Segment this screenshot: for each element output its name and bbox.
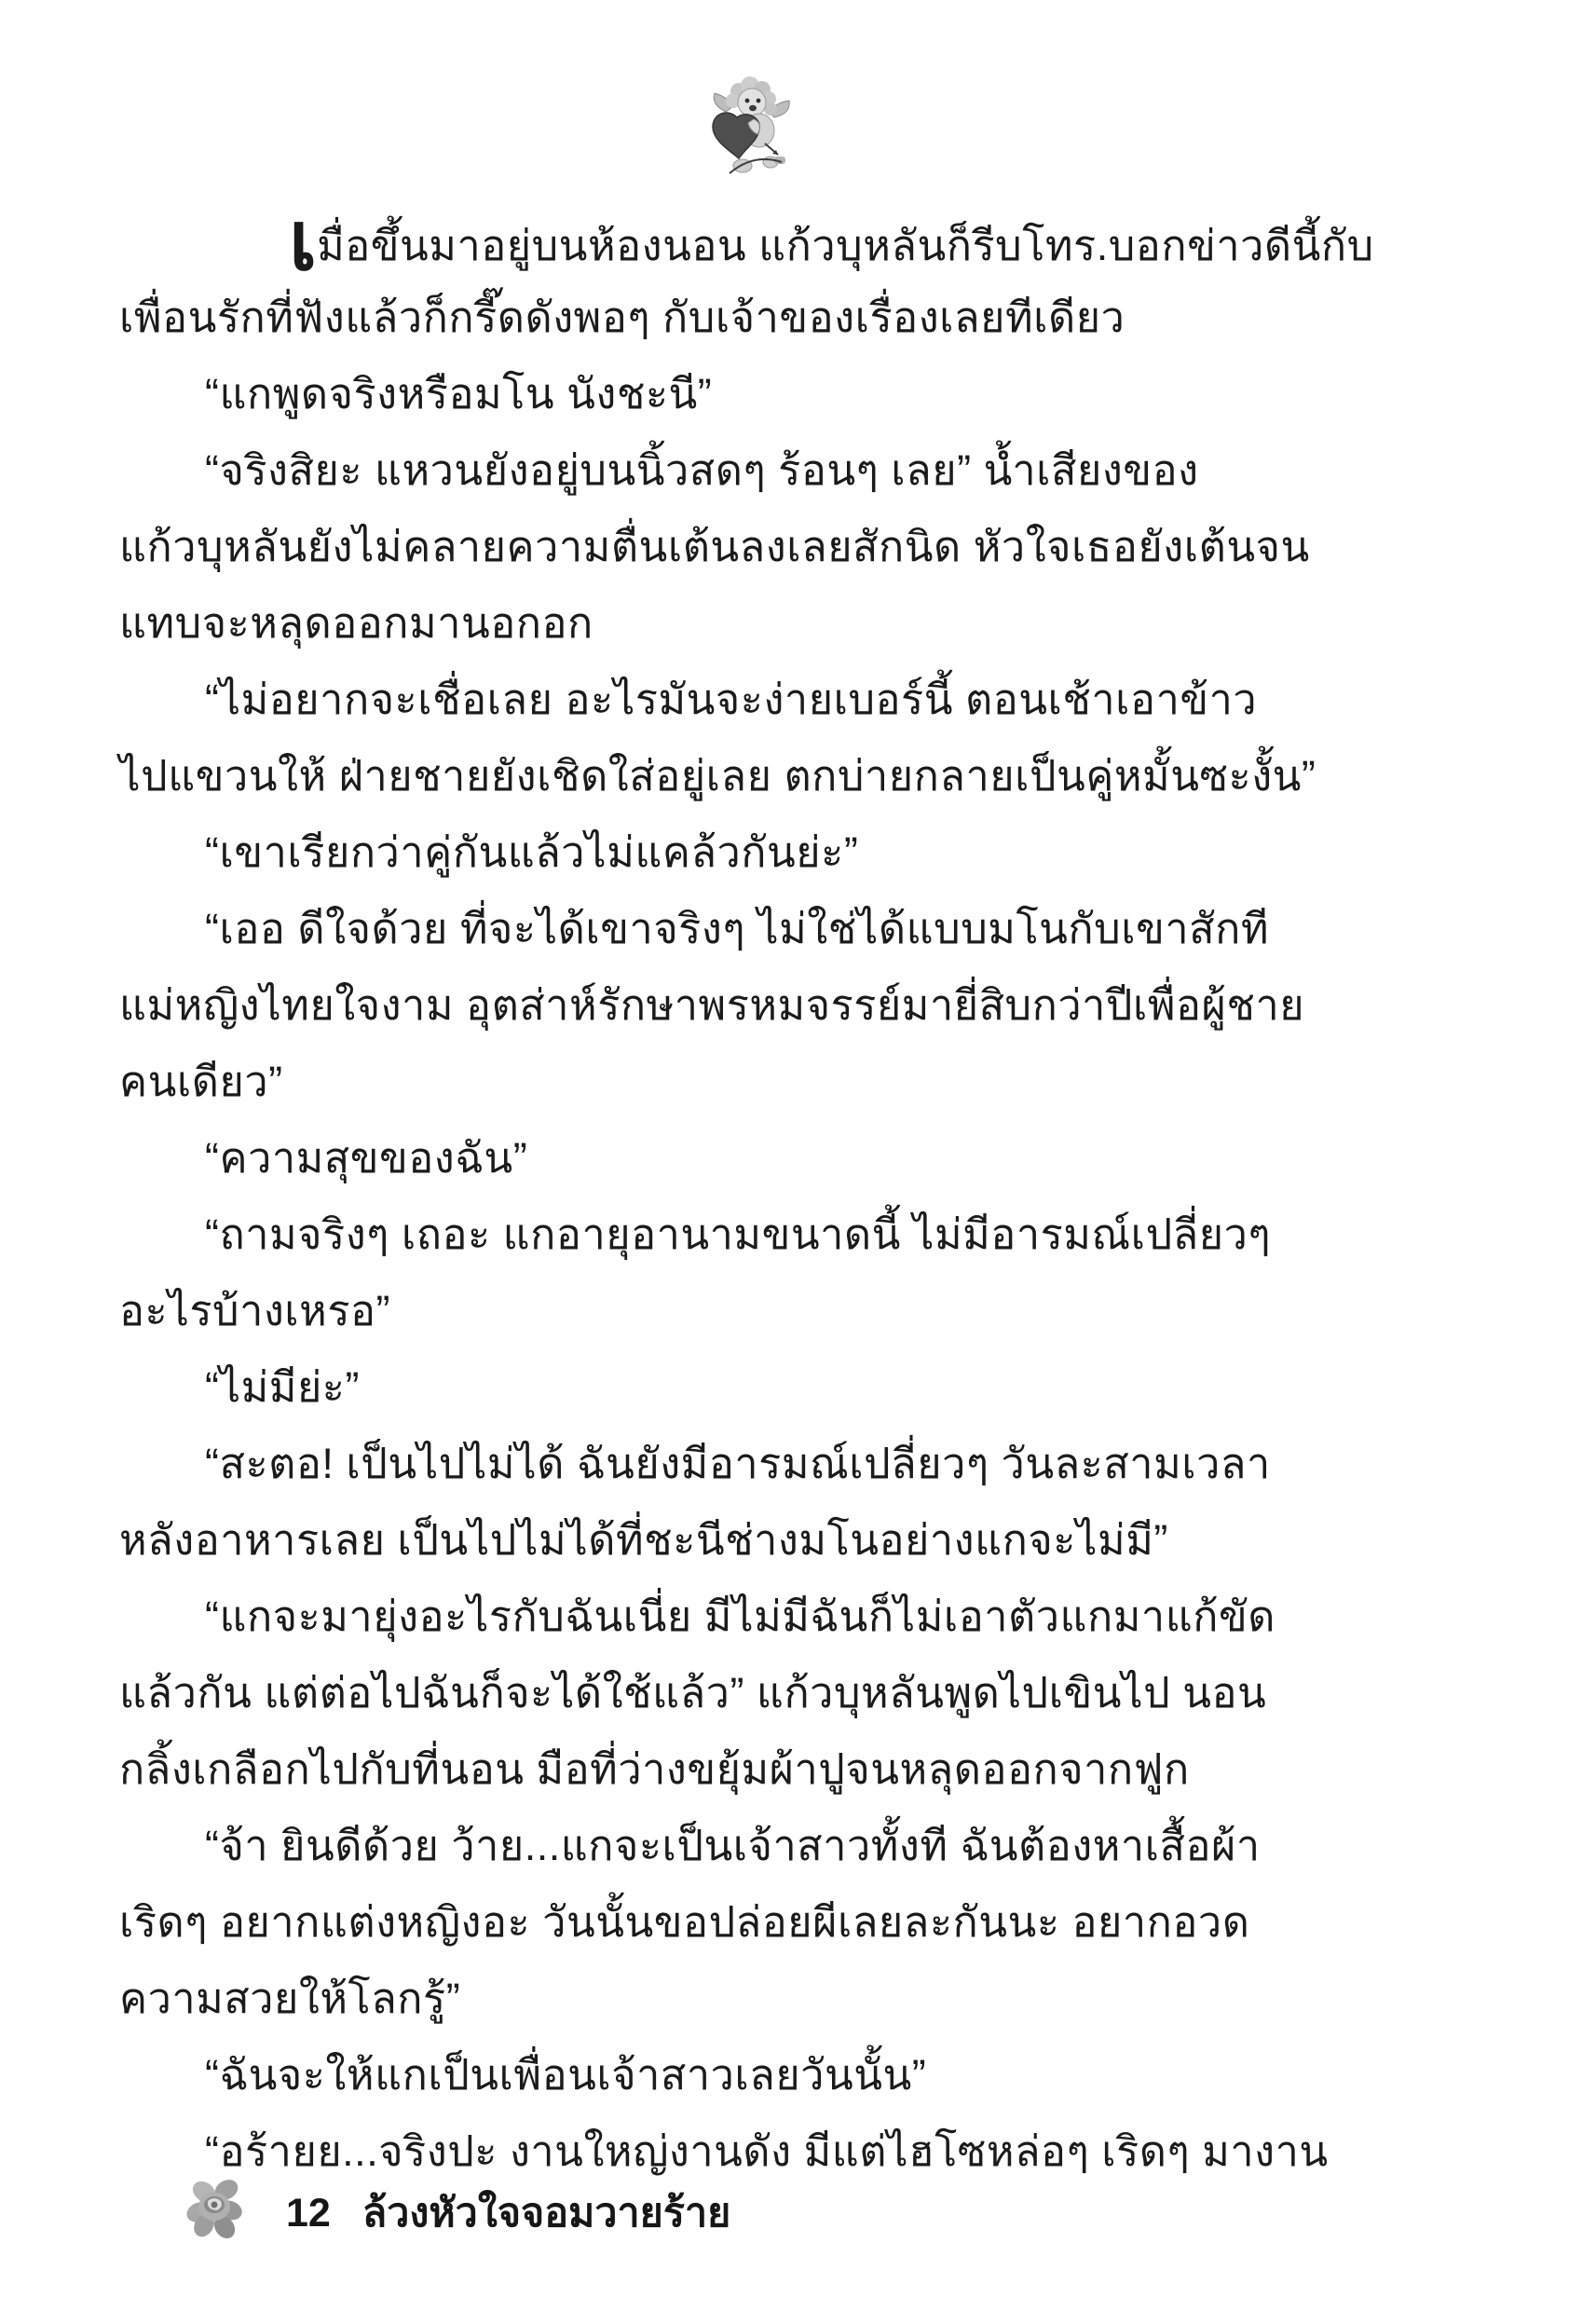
text-line: “แกจะมายุ่งอะไรกับฉันเนี่ย มีไม่มีฉันก็ไ… (119, 1579, 1489, 1655)
text-line: “ไม่อยากจะเชื่อเลย อะไรมันจะง่ายเบอร์นี้… (119, 662, 1489, 738)
text-line: “จ้า ยินดีด้วย ว้าย...แกจะเป็นเจ้าสาวทั้… (119, 1808, 1489, 1884)
opening-line-text: มื่อขึ้นมาอยู่บนห้องนอน แก้วบุหลันก็รีบโ… (317, 222, 1374, 269)
text-line: หลังอาหารเลย เป็นไปไม่ได้ที่ชะนีช่างมโนอ… (119, 1502, 1489, 1579)
paragraph-opening-line: เมื่อขึ้นมาอยู่บนห้องนอน แก้วบุหลันก็รีบ… (119, 203, 1489, 280)
text-line: “ถามจริงๆ เถอะ แกอายุอานามขนาดนี้ ไม่มีอ… (119, 1197, 1489, 1273)
page-body-text: เมื่อขึ้นมาอยู่บนห้องนอน แก้วบุหลันก็รีบ… (119, 203, 1489, 2190)
text-line: เพื่อนรักที่ฟังแล้วก็กรี๊ดดังพอๆ กับเจ้า… (119, 280, 1489, 356)
text-line: “จริงสิยะ แหวนยังอยู่บนนิ้วสดๆ ร้อนๆ เลย… (119, 432, 1489, 509)
book-page: { "ornament": { "icon": "cupid-hugging-h… (0, 0, 1596, 2311)
text-line: ไปแขวนให้ ฝ่ายชายยังเชิดใส่อยู่เลย ตกบ่า… (119, 738, 1489, 814)
text-line: แล้วกัน แต่ต่อไปฉันก็จะได้ใช้แล้ว” แก้วบ… (119, 1655, 1489, 1731)
text-line: “สะตอ! เป็นไปไม่ได้ ฉันยังมีอารมณ์เปลี่ย… (119, 1426, 1489, 1502)
rose-icon (182, 2171, 247, 2242)
text-line: แก้วบุหลันยังไม่คลายความตื่นเต้นลงเลยสัก… (119, 509, 1489, 585)
text-line: คนเดียว” (119, 1044, 1489, 1120)
text-line: เริดๆ อยากแต่งหญิงอะ วันนั้นขอปล่อยผีเลย… (119, 1884, 1489, 1961)
text-line: “ความสุขของฉัน” (119, 1120, 1489, 1197)
text-line: ความสวยให้โลกรู้” (119, 1961, 1489, 2037)
text-line: แม่หญิงไทยใจงาม อุตส่าห์รักษาพรหมจรรย์มา… (119, 967, 1489, 1044)
page-footer: 12 ล้วงหัวใจจอมวายร้าย (0, 2164, 1596, 2248)
text-line: กลิ้งเกลือกไปกับที่นอน มือที่ว่างขยุ้มผ้… (119, 1731, 1489, 1808)
text-line: “เออ ดีใจด้วย ที่จะได้เขาจริงๆ ไม่ใช่ได้… (119, 891, 1489, 967)
text-line: “แกพูดจริงหรือมโน นังชะนี” (119, 356, 1489, 432)
text-line: “ฉันจะให้แกเป็นเพื่อนเจ้าสาวเลยวันนั้น” (119, 2037, 1489, 2113)
drop-cap: เ (289, 195, 317, 287)
book-title: ล้วงหัวใจจอมวายร้าย (362, 2181, 730, 2244)
text-line: “ไม่มีย่ะ” (119, 1349, 1489, 1426)
text-line: “เขาเรียกว่าคู่กันแล้วไม่แคล้วกันย่ะ” (119, 814, 1489, 891)
cupid-hugging-heart-icon (705, 76, 798, 181)
text-line: แทบจะหลุดออกมานอกอก (119, 585, 1489, 662)
page-number: 12 (286, 2191, 331, 2236)
text-line: อะไรบ้างเหรอ” (119, 1273, 1489, 1349)
